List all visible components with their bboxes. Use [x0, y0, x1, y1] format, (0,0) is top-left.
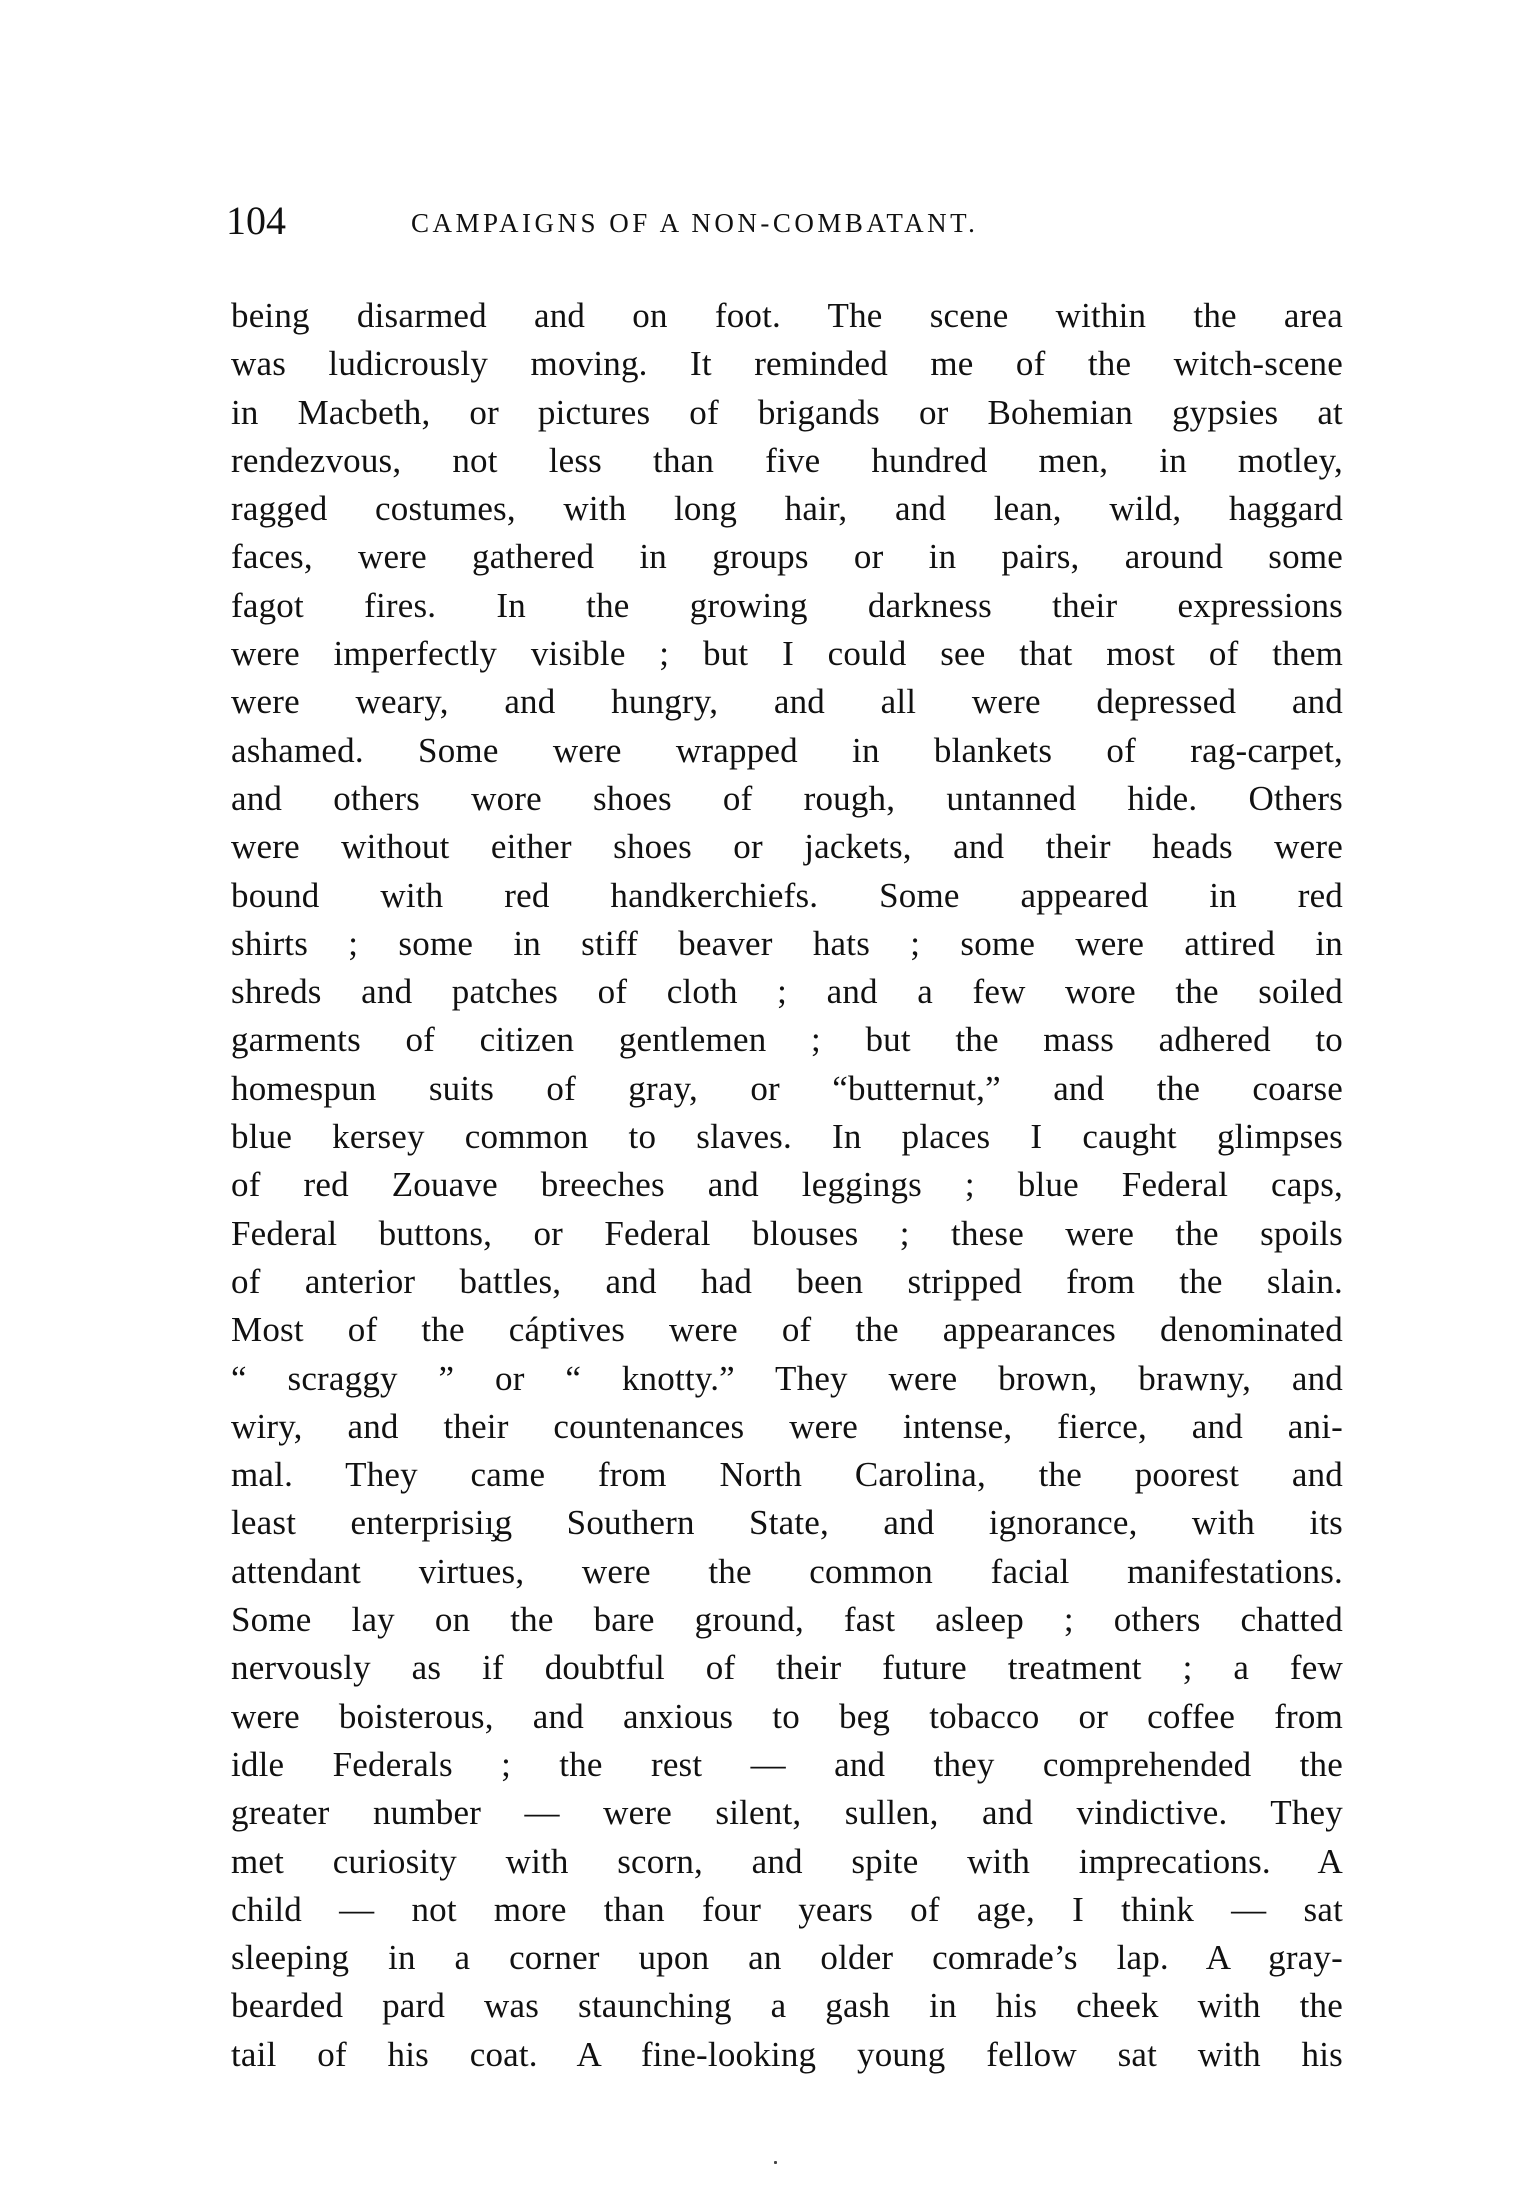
text-line: and others wore shoes of rough, untanned… — [231, 775, 1343, 823]
text-line: being disarmed and on foot. The scene wi… — [231, 292, 1343, 340]
text-line: Federal buttons, or Federal blouses ; th… — [231, 1210, 1343, 1258]
text-line: ragged costumes, with long hair, and lea… — [231, 485, 1343, 533]
text-line: greater number — were silent, sullen, an… — [231, 1789, 1343, 1837]
text-line: fagot fires. In the growing darkness the… — [231, 582, 1343, 630]
text-line: idle Federals ; the rest — and they comp… — [231, 1741, 1343, 1789]
running-head: 104 CAMPAIGNS OF A NON-COMBATANT. — [226, 196, 1346, 246]
text-line: bound with red handkerchiefs. Some appea… — [231, 872, 1343, 920]
text-line: nervously as if doubtful of their future… — [231, 1644, 1343, 1692]
text-line: garments of citizen gentlemen ; but the … — [231, 1016, 1343, 1064]
text-line: shirts ; some in stiff beaver hats ; som… — [231, 920, 1343, 968]
text-line: tail of his coat. A fine-looking young f… — [231, 2031, 1343, 2079]
text-line: sleeping in a corner upon an older comra… — [231, 1934, 1343, 1982]
text-line: Most of the cáptives were of the appeara… — [231, 1306, 1343, 1354]
text-line: in Macbeth, or pictures of brigands or B… — [231, 389, 1343, 437]
text-line: bearded pard was staunching a gash in hi… — [231, 1982, 1343, 2030]
text-line: “ scraggy ” or “ knotty.” They were brow… — [231, 1355, 1343, 1403]
book-page: 104 CAMPAIGNS OF A NON-COMBATANT. being … — [0, 0, 1540, 2192]
text-line: was ludicrously moving. It reminded me o… — [231, 340, 1343, 388]
text-line: of anterior battles, and had been stripp… — [231, 1258, 1343, 1306]
text-line: were weary, and hungry, and all were dep… — [231, 678, 1343, 726]
text-line: faces, were gathered in groups or in pai… — [231, 533, 1343, 581]
text-line: rendezvous, not less than five hundred m… — [231, 437, 1343, 485]
body-text: being disarmed and on foot. The scene wi… — [231, 292, 1343, 2079]
text-line: were without either shoes or jackets, an… — [231, 823, 1343, 871]
text-line: shreds and patches of cloth ; and a few … — [231, 968, 1343, 1016]
text-line: met curiosity with scorn, and spite with… — [231, 1838, 1343, 1886]
scan-speck — [774, 2161, 777, 2164]
running-title: CAMPAIGNS OF A NON-COMBATANT. — [411, 200, 978, 246]
text-line: of red Zouave breeches and leggings ; bl… — [231, 1161, 1343, 1209]
text-line: least enterprisiı̧g Southern State, and … — [231, 1499, 1343, 1547]
text-line: blue kersey common to slaves. In places … — [231, 1113, 1343, 1161]
text-line: Some lay on the bare ground, fast asleep… — [231, 1596, 1343, 1644]
text-line: mal. They came from North Carolina, the … — [231, 1451, 1343, 1499]
text-line: attendant virtues, were the common facia… — [231, 1548, 1343, 1596]
text-line: were imperfectly visible ; but I could s… — [231, 630, 1343, 678]
text-line: homespun suits of gray, or “butternut,” … — [231, 1065, 1343, 1113]
text-line: child — not more than four years of age,… — [231, 1886, 1343, 1934]
text-line: wiry, and their countenances were intens… — [231, 1403, 1343, 1451]
page-number: 104 — [226, 196, 286, 246]
text-line: were boisterous, and anxious to beg toba… — [231, 1693, 1343, 1741]
text-line: ashamed. Some were wrapped in blankets o… — [231, 727, 1343, 775]
